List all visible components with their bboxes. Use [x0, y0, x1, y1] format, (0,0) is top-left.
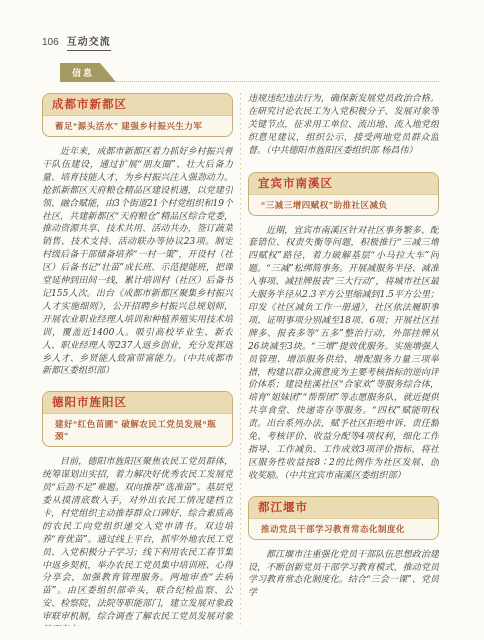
- left-column: 成都市新都区 蓄足“源头活水” 建强乡村振兴生力军 近年来，成都市新都区着力抓好…: [42, 93, 233, 626]
- region-title: 德阳市旌阳区: [43, 392, 232, 414]
- article-body: 近期，宜宾市南溪区针对社区事务繁多、配套错位、权责失衡等问题，积极推行“三减三增…: [248, 225, 439, 483]
- paragraph: 近年来，成都市新都区着力抓好乡村振兴骨干队伍建设，通过扩展“朋友圈”、壮大后备力…: [42, 146, 233, 378]
- paragraph: 都江堰市注重强化党员干部队伍思想政治建设，不断创新党员干部学习教育模式，推动党员…: [248, 549, 439, 601]
- article-dujiangyan: 都江堰市 推动党员干部学习教育常态化制度化 都江堰市注重强化党员干部队伍思想政治…: [248, 496, 439, 601]
- article-header-card: 宜宾市南溪区 “三减三增四赋权”助推社区减负: [248, 172, 439, 216]
- article-yibin-nanxi: 宜宾市南溪区 “三减三增四赋权”助推社区减负 近期，宜宾市南溪区针对社区事务繁多…: [248, 172, 439, 483]
- article-headline: “三减三增四赋权”助推社区减负: [249, 195, 438, 215]
- article-chengdu-xindu: 成都市新都区 蓄足“源头活水” 建强乡村振兴生力军 近年来，成都市新都区着力抓好…: [42, 93, 233, 378]
- article-header-card: 德阳市旌阳区 建好“红色苗圃” 破解农民工党员发展“瓶颈”: [42, 391, 233, 447]
- column-divider: [233, 93, 248, 626]
- article-header-card: 成都市新都区 蓄足“源头活水” 建强乡村振兴生力军: [42, 93, 233, 137]
- article-headline: 建好“红色苗圃” 破解农民工党员发展“瓶颈”: [43, 414, 232, 446]
- paragraph: 近期，宜宾市南溪区针对社区事务繁多、配套错位、权责失衡等问题，积极推行“三减三增…: [248, 225, 439, 483]
- article-body: 目前，德阳市旌阳区聚焦农民工党员群体，统筹谋划出实招，着力解决好优秀农民工发展党…: [42, 456, 233, 626]
- page-number: 106: [42, 37, 59, 48]
- article-body-continuation: 违规违纪违法行为，确保新发展党员政治合格。在研究讨论农民工为入党积极分子、发展对…: [248, 93, 439, 158]
- article-body: 近年来，成都市新都区着力抓好乡村振兴骨干队伍建设，通过扩展“朋友圈”、壮大后备力…: [42, 146, 233, 378]
- region-title: 宜宾市南溪区: [249, 173, 438, 195]
- article-header-card: 都江堰市 推动党员干部学习教育常态化制度化: [248, 496, 439, 540]
- article-headline: 推动党员干部学习教育常态化制度化: [249, 519, 438, 539]
- dotted-rule: [116, 81, 439, 82]
- paragraph: 违规违纪违法行为，确保新发展党员政治合格。在研究讨论农民工为入党积极分子、发展对…: [248, 93, 439, 158]
- paragraph: 目前，德阳市旌阳区聚焦农民工党员群体，统筹谋划出实招，着力解决好优秀农民工发展党…: [42, 456, 233, 626]
- info-tab: 信息: [60, 63, 116, 82]
- article-body: 都江堰市注重强化党员干部队伍思想政治建设，不断创新党员干部学习教育模式，推动党员…: [248, 549, 439, 601]
- region-title: 成都市新都区: [43, 94, 232, 116]
- article-headline: 蓄足“源头活水” 建强乡村振兴生力军: [43, 116, 232, 136]
- two-column-layout: 成都市新都区 蓄足“源头活水” 建强乡村振兴生力军 近年来，成都市新都区着力抓好…: [42, 93, 439, 626]
- rubric-title: 互动交流: [67, 33, 111, 51]
- article-deyang-jingyang: 德阳市旌阳区 建好“红色苗圃” 破解农民工党员发展“瓶颈” 目前，德阳市旌阳区聚…: [42, 391, 233, 626]
- section-tab-row: 信息: [60, 63, 439, 82]
- right-column: 违规违纪违法行为，确保新发展党员政治合格。在研究讨论农民工为入党积极分子、发展对…: [248, 93, 439, 626]
- running-head: 106 互动交流: [42, 33, 111, 51]
- region-title: 都江堰市: [249, 497, 438, 519]
- magazine-page: 106 互动交流 信息 成都市新都区 蓄足“源头活水” 建强乡村振兴生力军 近年…: [0, 0, 484, 640]
